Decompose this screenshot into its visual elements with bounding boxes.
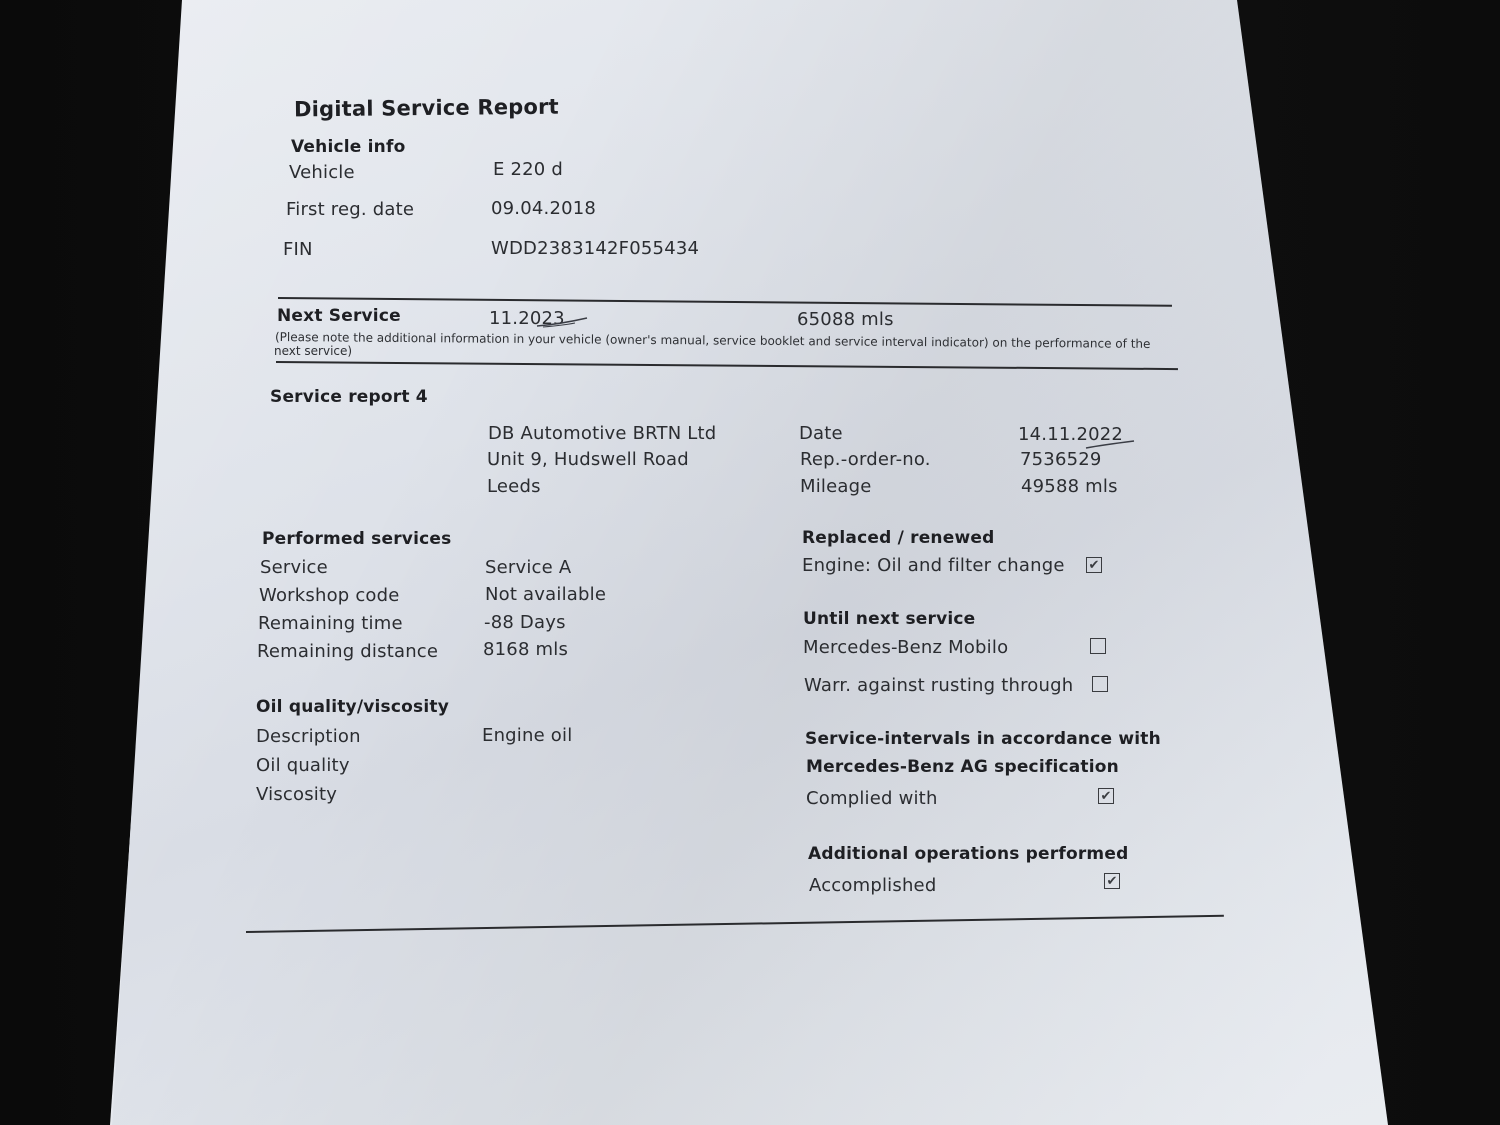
divider-top [278,297,1172,307]
mobilo-checkbox[interactable] [1090,638,1106,654]
rep-order-value: 7536529 [1020,449,1102,470]
service-intervals-heading: Service-intervals in accordance with [805,729,1161,749]
remaining-time-value: -88 Days [484,612,566,633]
first-reg-date-value: 09.04.2018 [491,198,596,219]
oil-filter-change-checkbox[interactable]: ✔ [1086,557,1102,573]
dealer-name: DB Automotive BRTN Ltd [488,423,716,444]
service-report-heading: Service report 4 [270,387,428,407]
mileage-value: 49588 mls [1021,476,1118,497]
pen-mark-icon [535,314,590,330]
workshop-code-label: Workshop code [259,585,400,606]
date-label: Date [799,423,843,444]
rust-warranty-label: Warr. against rusting through [804,675,1073,696]
service-intervals-heading-cont: Mercedes-Benz AG specification [806,757,1119,777]
replaced-heading: Replaced / renewed [802,528,994,548]
vehicle-info-heading: Vehicle info [291,137,405,157]
accomplished-checkbox[interactable]: ✔ [1104,873,1120,889]
remaining-time-label: Remaining time [258,613,403,634]
next-service-note-cont: next service) [274,344,352,358]
oil-description-value: Engine oil [482,725,572,746]
performed-services-heading: Performed services [262,529,451,549]
remaining-distance-label: Remaining distance [257,641,438,662]
until-next-service-heading: Until next service [803,609,975,629]
vehicle-value: E 220 d [493,159,563,180]
fin-value: WDD2383142F055434 [491,238,699,259]
viscosity-label: Viscosity [256,784,337,805]
additional-operations-heading: Additional operations performed [808,844,1128,864]
complied-with-checkbox[interactable]: ✔ [1098,788,1114,804]
divider-footer [246,915,1224,934]
first-reg-date-label: First reg. date [286,199,414,220]
rep-order-label: Rep.-order-no. [800,449,931,470]
oil-quality-label: Oil quality [256,755,350,776]
dealer-address: Unit 9, Hudswell Road [487,449,689,470]
next-service-note: (Please note the additional information … [275,330,1151,351]
workshop-code-value: Not available [485,584,606,605]
next-service-distance: 65088 mls [797,309,894,330]
remaining-distance-value: 8168 mls [483,639,568,660]
fin-label: FIN [283,239,313,260]
accomplished-label: Accomplished [809,875,936,896]
next-service-label: Next Service [277,306,401,326]
vehicle-label: Vehicle [289,162,355,183]
oil-filter-change-label: Engine: Oil and filter change [802,555,1065,576]
oil-description-label: Description [256,726,361,747]
mileage-label: Mileage [800,476,872,497]
dealer-city: Leeds [487,476,541,497]
service-value: Service A [485,557,571,578]
page-title: Digital Service Report [294,95,559,122]
service-label: Service [260,557,328,578]
oil-heading: Oil quality/viscosity [256,697,449,717]
mobilo-label: Mercedes-Benz Mobilo [803,637,1008,658]
complied-with-label: Complied with [806,788,938,809]
divider-bottom [276,361,1178,370]
service-report-document: Digital Service Report Vehicle info Vehi… [0,0,1500,1125]
rust-warranty-checkbox[interactable] [1092,676,1108,692]
